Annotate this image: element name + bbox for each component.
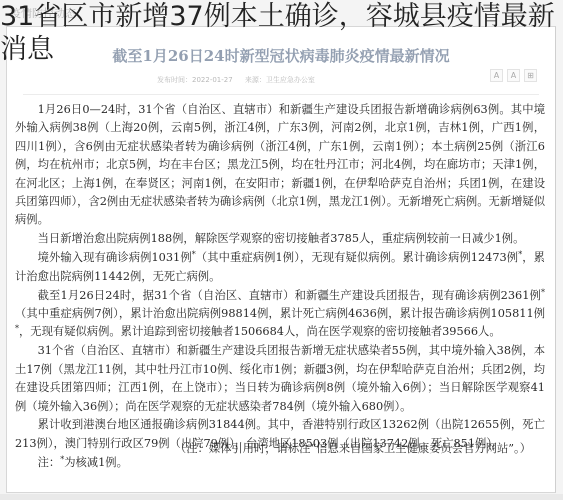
article-body: 1月26日0—24时，31个省（自治区、直辖市）和新疆生产建设兵团报告新增确诊病… [15,101,545,473]
font-size-tools: A A ⊞ [490,69,537,82]
article-panel: 截至1月26日24时新型冠状病毒肺炎疫情最新情况 发布时间：2022-01-27… [6,26,556,493]
screenshot-page: 疫情防控动态 截至1月26日24时新型冠状病毒肺炎疫情最新情况 发布时间：202… [0,0,563,500]
paragraph-cumulative: 截至1月26日24时，据31个省（自治区、直辖市）和新疆生产建设兵团报告，现有确… [15,287,545,342]
publish-time: 发布时间：2022-01-27 [157,76,233,84]
source-label: 来源：卫生应急办公室 [245,76,315,84]
document-meta: 发布时间：2022-01-27 来源：卫生应急办公室 [157,75,325,85]
divider [23,94,539,95]
page-bottom-edge [0,494,563,500]
citation-note: （注：媒体引用时，请标注“信息来自国家卫生健康委员会官方网站”。） [175,440,531,456]
paragraph-asymptomatic: 31个省（自治区、直辖市）和新疆生产建设兵团报告新增无症状感染者55例，其中境外… [15,342,545,416]
paragraph-imported: 境外输入现有确诊病例1031例*（其中重症病例1例），无现有疑似病例。累计确诊病… [15,249,545,286]
print-icon[interactable]: ⊞ [524,69,537,82]
asterisk-mark: * [541,288,545,297]
paragraph-recoveries: 当日新增治愈出院病例188例，解除医学观察的密切接触者3785人，重症病例较前一… [15,230,545,248]
headline-overlay: 31省区市新增37例本土确诊，容城县疫情最新消息 [0,0,563,66]
footnote: 注：*为核减1例。 [15,454,545,472]
paragraph-new-cases: 1月26日0—24时，31个省（自治区、直辖市）和新疆生产建设兵团报告新增确诊病… [15,101,545,230]
font-smaller-button[interactable]: A [490,69,503,82]
font-larger-button[interactable]: A [507,69,520,82]
